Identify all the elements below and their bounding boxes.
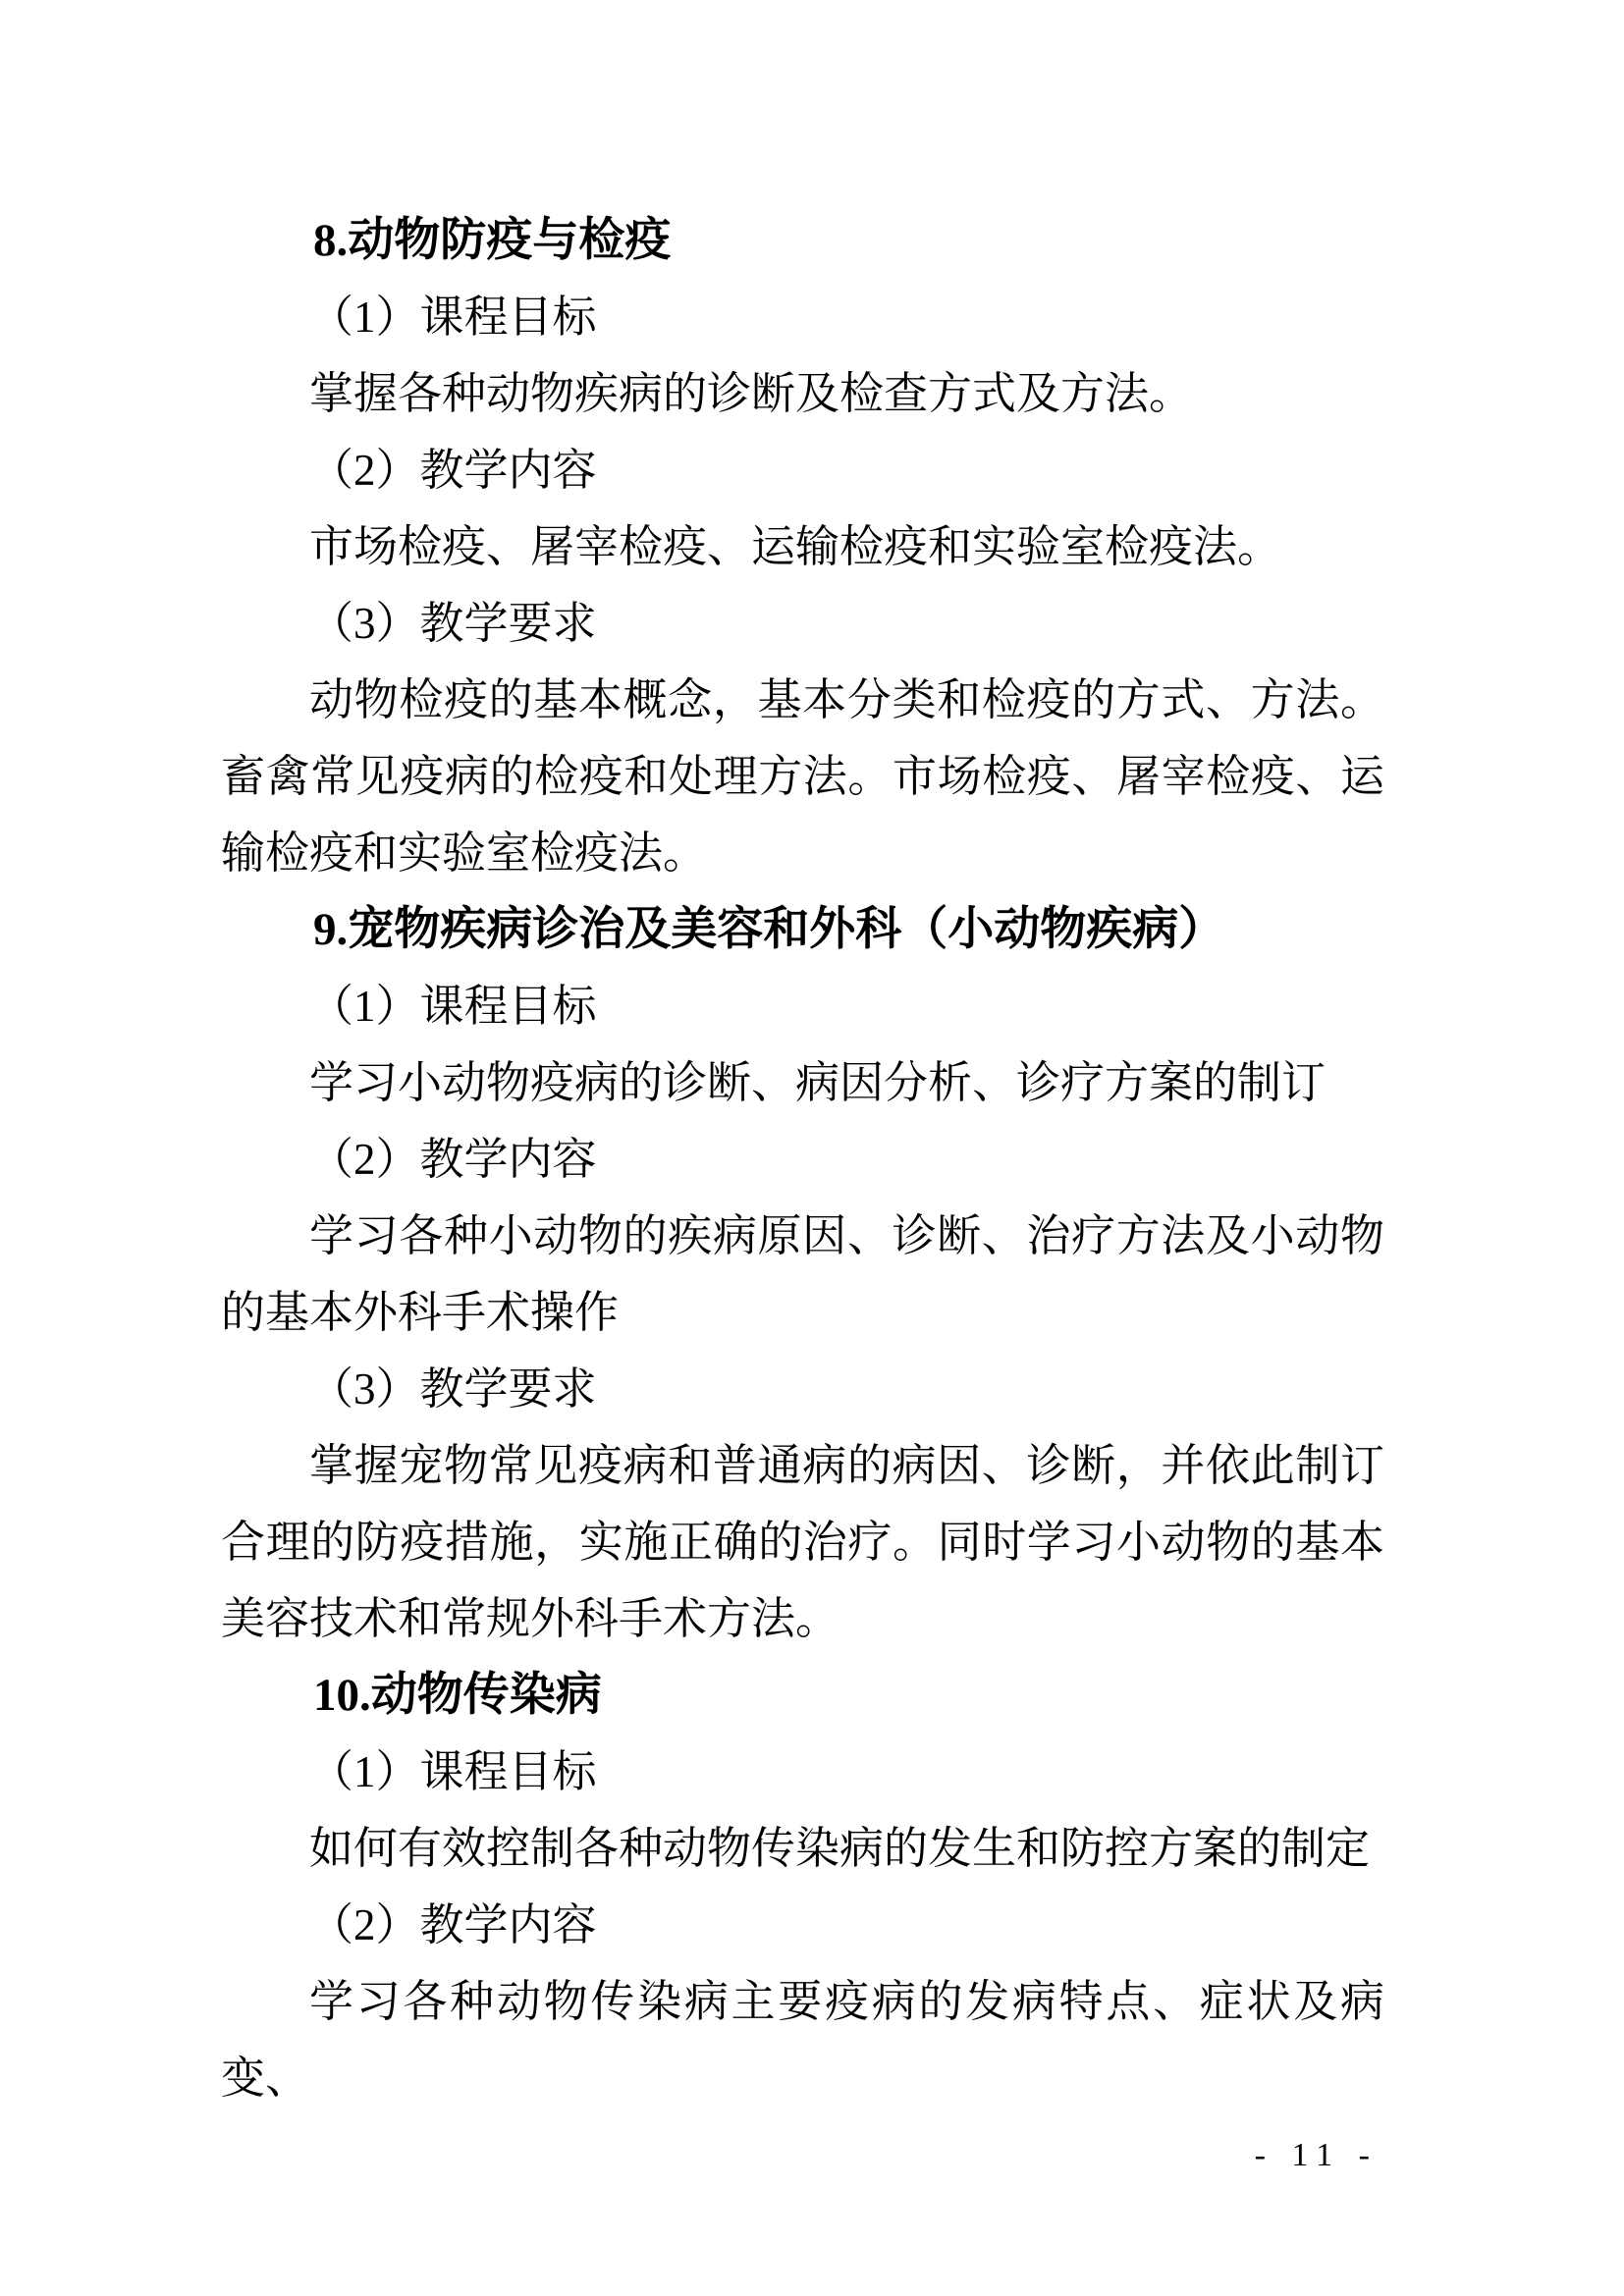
course-goal-text-s9: 学习小动物疫病的诊断、病因分析、诊疗方案的制订 <box>221 1044 1384 1121</box>
teaching-content-text-s8: 市场检疫、屠宰检疫、运输检疫和实验室检疫法。 <box>221 508 1384 585</box>
course-goal-label-s8: （1）课程目标 <box>221 279 1384 355</box>
course-goal-text-s8: 掌握各种动物疾病的诊断及检查方式及方法。 <box>221 355 1384 432</box>
teaching-requirement-text-s9: 掌握宠物常见疫病和普通病的病因、诊断，并依此制订合理的防疫措施，实施正确的治疗。… <box>221 1427 1384 1657</box>
teaching-requirement-label-s9: （3）教学要求 <box>221 1351 1384 1427</box>
section-heading-infectious-disease: 10.动物传染病 <box>221 1657 1384 1734</box>
teaching-content-text-s9: 学习各种小动物的疾病原因、诊断、治疗方法及小动物的基本外科手术操作 <box>221 1198 1384 1351</box>
course-goal-text-s10: 如何有效控制各种动物传染病的发生和防控方案的制定 <box>221 1810 1384 1887</box>
document-content: 8.动物防疫与检疫 （1）课程目标 掌握各种动物疾病的诊断及检查方式及方法。 （… <box>221 202 1384 2116</box>
teaching-content-label-s10: （2）教学内容 <box>221 1887 1384 1963</box>
section-heading-animal-quarantine: 8.动物防疫与检疫 <box>221 202 1384 279</box>
document-page: 8.动物防疫与检疫 （1）课程目标 掌握各种动物疾病的诊断及检查方式及方法。 （… <box>0 0 1624 2296</box>
teaching-content-label-s8: （2）教学内容 <box>221 432 1384 508</box>
teaching-requirement-label-s8: （3）教学要求 <box>221 585 1384 662</box>
course-goal-label-s9: （1）课程目标 <box>221 968 1384 1044</box>
course-goal-label-s10: （1）课程目标 <box>221 1734 1384 1810</box>
teaching-content-label-s9: （2）教学内容 <box>221 1121 1384 1198</box>
teaching-requirement-text-s8: 动物检疫的基本概念，基本分类和检疫的方式、方法。畜禽常见疫病的检疫和处理方法。市… <box>221 662 1384 891</box>
section-heading-pet-disease: 9.宠物疾病诊治及美容和外科（小动物疾病） <box>221 891 1384 968</box>
page-number: - 11 - <box>1255 2136 1379 2175</box>
teaching-content-text-s10: 学习各种动物传染病主要疫病的发病特点、症状及病变、 <box>221 1963 1384 2116</box>
